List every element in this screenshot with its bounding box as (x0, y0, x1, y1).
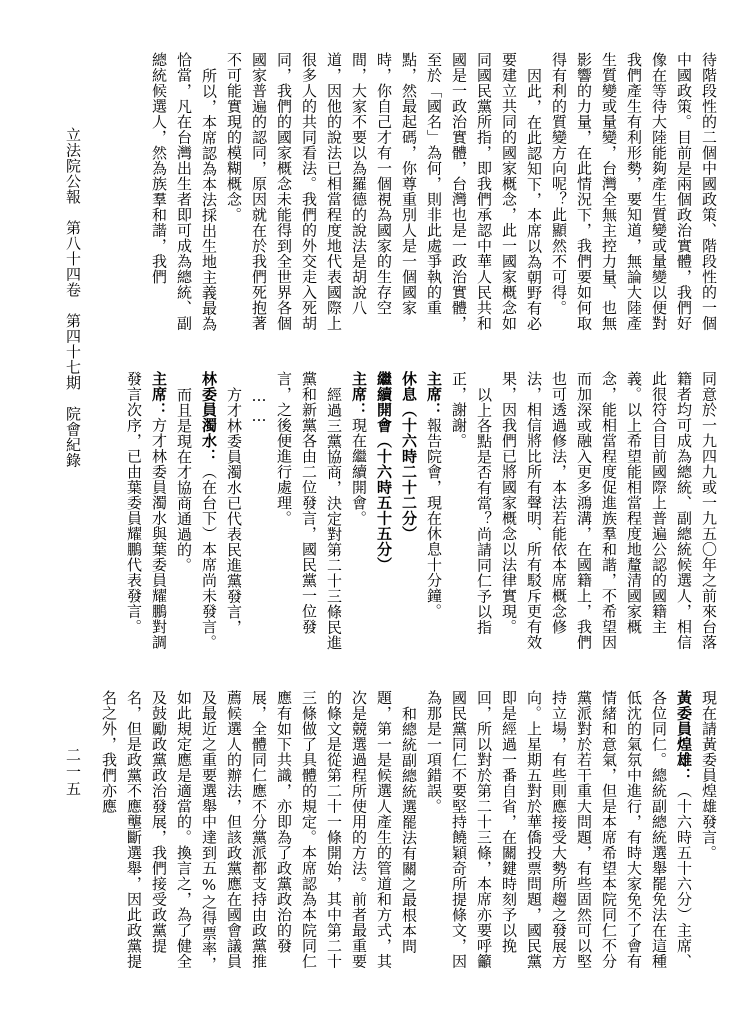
paragraph: 現在請黃委員煌雄發言。 (696, 690, 721, 972)
speech-paragraph: 主席：方才林委員濁水與葉委員耀鵬對調發言次序，已由葉委員耀鵬代表發言。 (121, 371, 171, 653)
page-number: 二一五 (61, 747, 85, 817)
text-band-middle: 同意於一九四九或一九五〇年之前來台落籍者均可成為總統、副總統候選人，相信此很符合… (95, 371, 721, 653)
paragraph: 待階段性的二個中國政策、階段性的一個中國政策。目前是兩個政治實體，我們好像在等待… (546, 52, 721, 334)
speaker-name: 主席： (425, 371, 443, 418)
session-heading: 繼續開會（十六時五十五分） (371, 371, 396, 653)
paragraph: 所以，本席認為本法採出生地主義最為恰當，凡在台灣出生者即可成為總統、副總統候選人… (146, 52, 221, 334)
paragraph: 而且是現在才協商通過的。 (171, 371, 196, 653)
speech-paragraph: 黃委員煌雄：（十六時五十六分）主席、各位同仁。總統副總統選舉罷免法在這種低沈的氣… (421, 690, 696, 972)
paragraph: 因此，在此認知下，本席以為朝野有必要建立共同的國家概念，此一國家概念如同國民黨所… (221, 52, 546, 334)
paragraph: 和總統副總統選罷法有關之最根本問題，第一是候選人產生的管道和方式，其次是競選過程… (96, 690, 421, 972)
speaker-name: 主席： (150, 371, 168, 418)
paragraph: 方才林委員濁水已代表民進黨發言， (221, 371, 246, 653)
speech-paragraph: 主席：現在繼續開會。 (346, 371, 371, 653)
text-band-top: 待階段性的二個中國政策、階段性的一個中國政策。目前是兩個政治實體，我們好像在等待… (95, 52, 721, 334)
speaker-name: 林委員濁水： (200, 371, 218, 464)
speech-paragraph: 林委員濁水：（在台下）本席尚未發言。 (196, 371, 221, 653)
ellipsis-line: …… (246, 371, 271, 653)
paragraph: 以上各點是否有當？尚請同仁予以指正，謝謝。 (446, 371, 496, 653)
gazette-page: 立法院公報 第八十四卷 第四十七期 院會紀錄 待階段性的二個中國政策、階段性的一… (0, 0, 734, 1024)
speaker-name: 黃委員煌雄： (675, 690, 693, 783)
speaker-name: 主席： (350, 371, 368, 418)
text-band-bottom: 現在請黃委員煌雄發言。黃委員煌雄：（十六時五十六分）主席、各位同仁。總統副總統選… (95, 690, 721, 972)
paragraph: 經過三黨協商，決定對第二十三條民進黨和新黨各由二位發言，國民黨一位發言，之後便進… (271, 371, 346, 653)
gazette-title: 立法院公報 第八十四卷 第四十七期 院會紀錄 (61, 127, 85, 487)
session-heading: 休息（十六時二十二分） (396, 371, 421, 653)
speech-paragraph: 主席：報告院會，現在休息十分鐘。 (421, 371, 446, 653)
paragraph: 同意於一九四九或一九五〇年之前來台落籍者均可成為總統、副總統候選人，相信此很符合… (496, 371, 721, 653)
